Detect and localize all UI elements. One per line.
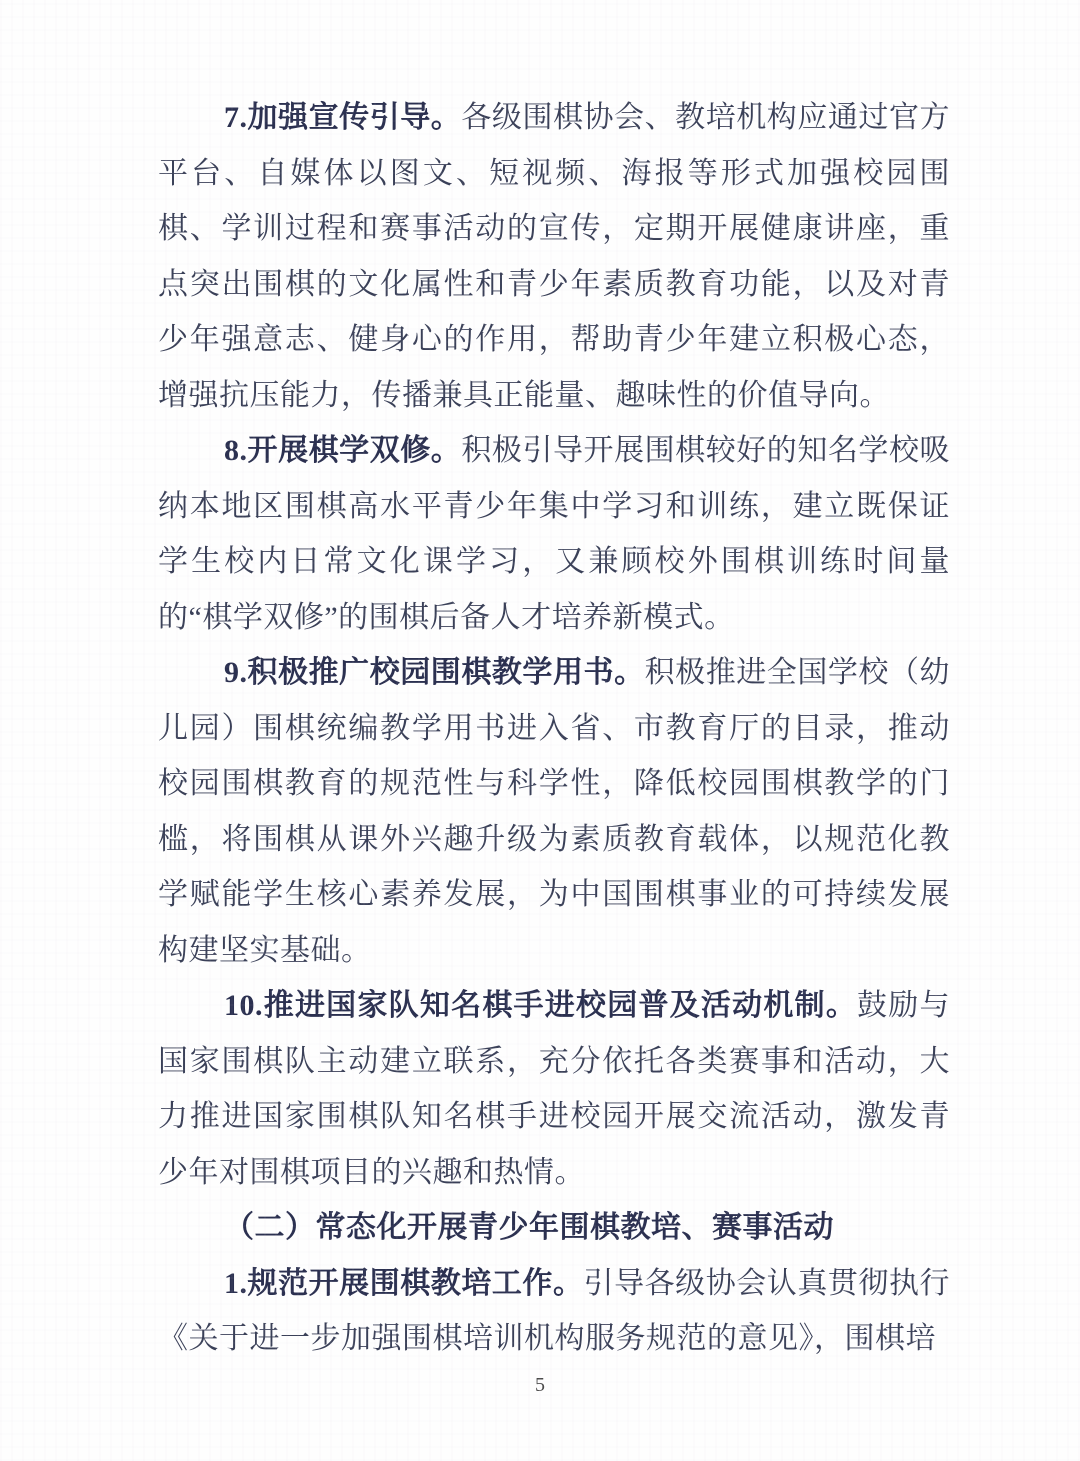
paragraph-lead: 8.开展棋学双修。 xyxy=(224,434,461,467)
paragraph-lead: （二）常态化开展青少年围棋教培、赛事活动 xyxy=(224,1211,834,1244)
document-body: 7.加强宣传引导。各级围棋协会、教培机构应通过官方平台、自媒体以图文、短视频、海… xyxy=(158,90,950,1367)
paragraph: 9.积极推广校园围棋教学用书。积极推进全国学校（幼儿园）围棋统编教学用书进入省、… xyxy=(158,645,950,978)
paragraph-lead: 1.规范开展围棋教培工作。 xyxy=(224,1267,584,1300)
document-page: 7.加强宣传引导。各级围棋协会、教培机构应通过官方平台、自媒体以图文、短视频、海… xyxy=(0,0,1080,1461)
paragraph-lead: 7.加强宣传引导。 xyxy=(224,101,461,134)
paragraph-text: 各级围棋协会、教培机构应通过官方平台、自媒体以图文、短视频、海报等形式加强校园围… xyxy=(158,101,950,412)
paragraph: 1.规范开展围棋教培工作。引导各级协会认真贯彻执行《关于进一步加强围棋培训机构服… xyxy=(158,1256,950,1367)
paragraph: 8.开展棋学双修。积极引导开展围棋较好的知名学校吸纳本地区围棋高水平青少年集中学… xyxy=(158,423,950,645)
paragraph-lead: 10.推进国家队知名棋手进校园普及活动机制。 xyxy=(224,989,857,1022)
paragraph-lead: 9.积极推广校园围棋教学用书。 xyxy=(224,656,645,689)
section-heading: （二）常态化开展青少年围棋教培、赛事活动 xyxy=(158,1200,950,1256)
page-number: 5 xyxy=(0,1374,1080,1396)
paragraph: 7.加强宣传引导。各级围棋协会、教培机构应通过官方平台、自媒体以图文、短视频、海… xyxy=(158,90,950,423)
paragraph-text: 积极推进全国学校（幼儿园）围棋统编教学用书进入省、市教育厅的目录，推动校园围棋教… xyxy=(158,656,950,967)
paragraph: 10.推进国家队知名棋手进校园普及活动机制。鼓励与国家围棋队主动建立联系，充分依… xyxy=(158,978,950,1200)
